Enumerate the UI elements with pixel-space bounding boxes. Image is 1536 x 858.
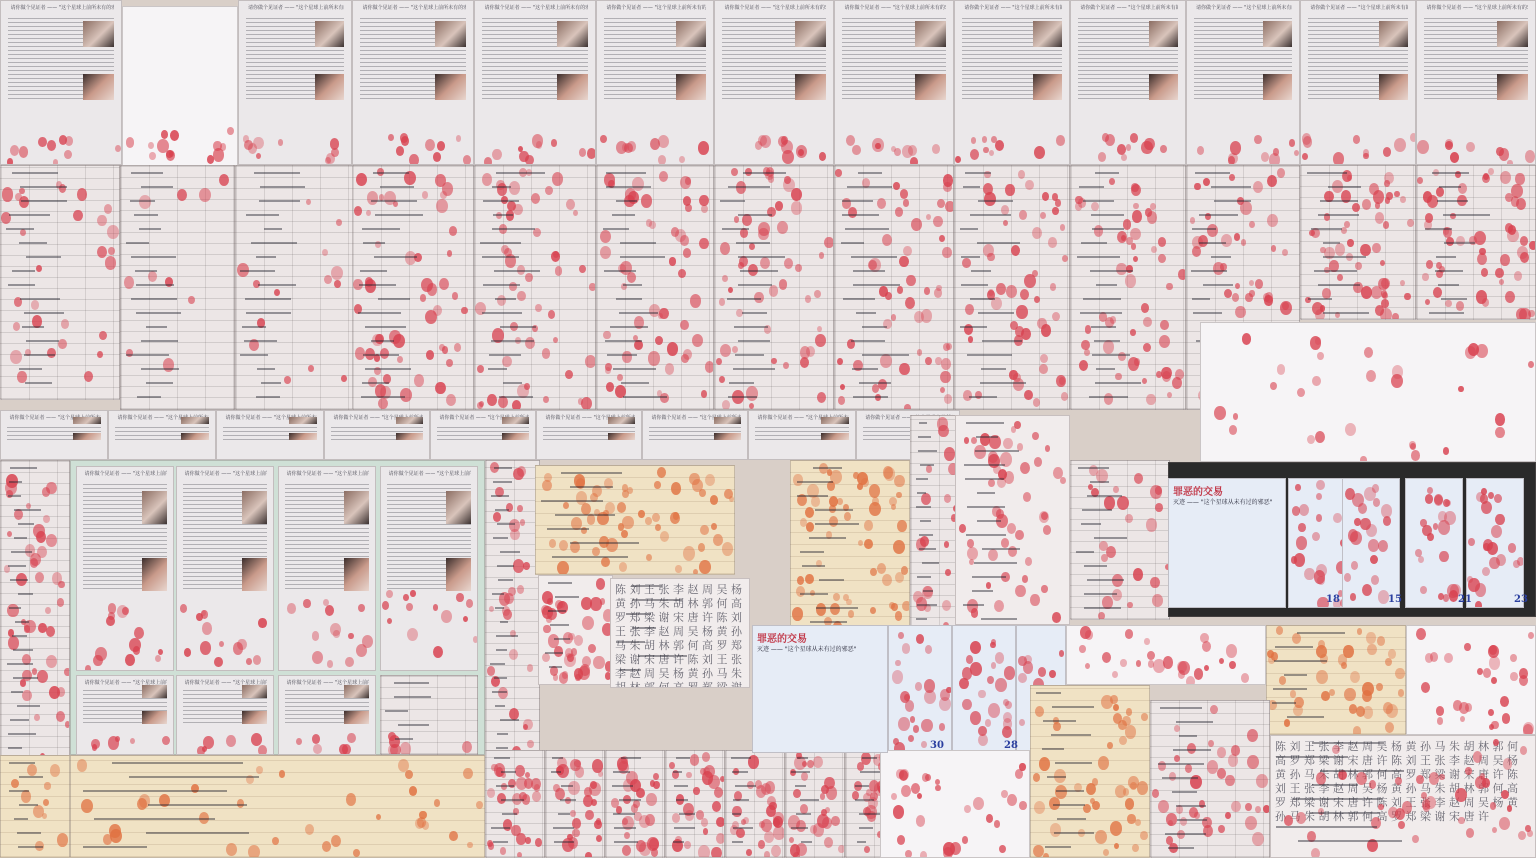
fingerprint — [1109, 178, 1115, 185]
article-photo — [181, 433, 209, 441]
handwriting-stroke — [496, 785, 513, 787]
fingerprint — [354, 206, 362, 216]
fingerprint — [1404, 293, 1410, 301]
handwriting-stroke — [1095, 172, 1120, 174]
handwriting-stroke — [852, 368, 878, 370]
fingerprint — [498, 687, 508, 700]
handwriting-stroke — [495, 298, 517, 300]
handwriting-stroke — [1323, 242, 1341, 244]
handwriting-stroke — [503, 382, 522, 384]
fingerprint — [559, 601, 565, 608]
handwriting-stroke — [492, 593, 504, 595]
fingerprint — [959, 524, 967, 533]
fingerprint — [287, 603, 296, 614]
fingerprint — [1320, 247, 1325, 253]
fingerprint — [933, 216, 942, 227]
handwriting-stroke — [1094, 340, 1120, 342]
fingerprint — [827, 469, 832, 475]
fingerprint — [988, 703, 1000, 717]
article-header: 请你做个见证者 —— "这个星球上前所未有的邪恶" — [1196, 4, 1292, 11]
fingerprint — [910, 716, 915, 723]
fingerprint — [1495, 268, 1504, 279]
fingerprint — [551, 139, 557, 147]
handwriting-stroke — [614, 841, 637, 843]
fingerprint — [1113, 704, 1119, 711]
fingerprint — [1255, 279, 1263, 289]
article-photo — [1497, 74, 1528, 100]
fingerprint — [253, 655, 261, 665]
fingerprint — [1101, 695, 1113, 709]
handwriting-stroke — [620, 669, 641, 671]
fingerprint — [1061, 392, 1069, 401]
handwriting-stroke — [20, 298, 59, 300]
handwriting-stroke — [1203, 284, 1233, 286]
fingerprint — [1481, 268, 1488, 276]
fingerprint — [1502, 713, 1511, 723]
fingerprint — [1098, 612, 1105, 620]
handwriting-stroke — [728, 186, 770, 188]
fingerprint — [356, 173, 367, 186]
handwriting-stroke — [1211, 256, 1231, 258]
handwriting-stroke — [815, 523, 859, 525]
fingerprint — [838, 845, 845, 853]
fingerprint — [921, 493, 931, 505]
fingerprint — [1224, 289, 1232, 299]
fingerprint — [891, 504, 896, 510]
hand-sheet: 陈 刘 王 张 李 赵 周 吴 杨 黄 孙 马 朱 胡 林 郭 何 高 罗 郑 … — [610, 578, 750, 688]
fingerprint — [565, 370, 573, 380]
handwriting-stroke — [732, 813, 741, 815]
fingerprint — [1517, 557, 1524, 566]
fingerprint — [864, 539, 873, 549]
handwriting-stroke — [83, 846, 148, 848]
fingerprint — [1015, 530, 1023, 540]
fingerprint — [108, 736, 120, 750]
fingerprint — [795, 264, 802, 272]
handwriting-stroke — [496, 172, 544, 174]
fingerprint — [1282, 249, 1288, 256]
handwriting-stroke — [493, 841, 508, 843]
fingerprint — [916, 815, 926, 827]
fingerprint — [659, 171, 668, 182]
article-sheet: 请你做个见证者 —— "这个星球上前所未有的邪恶" — [430, 410, 536, 460]
fingerprint — [652, 513, 660, 522]
fingerprint — [764, 831, 774, 843]
fingerprint — [996, 283, 1006, 295]
fingerprint — [749, 403, 754, 409]
white-sheet — [122, 6, 238, 166]
fingerprint — [622, 845, 631, 856]
fingerprint — [692, 334, 703, 347]
fingerprint — [683, 248, 691, 258]
article-header: 请你做个见证者 —— "这个星球上前所未有的邪恶" — [185, 470, 268, 477]
handwriting-stroke — [1214, 200, 1251, 202]
fingerprint — [26, 503, 31, 509]
fingerprint — [621, 530, 628, 538]
fingerprint — [959, 678, 968, 689]
fingerprint — [256, 153, 261, 159]
handwriting-stroke — [791, 771, 811, 773]
fingerprint — [1518, 831, 1526, 840]
handwriting-stroke — [501, 799, 524, 801]
fingerprint — [1234, 233, 1240, 240]
fingerprint — [1433, 287, 1442, 298]
fingerprint — [1245, 816, 1257, 830]
handwriting-stroke — [922, 562, 939, 564]
fingerprint — [520, 519, 525, 525]
fingerprint — [1381, 299, 1388, 308]
handwriting-stroke — [14, 509, 41, 511]
fingerprint — [945, 569, 951, 576]
fingerprint — [226, 735, 236, 747]
handwriting-stroke — [638, 655, 687, 657]
fingerprint — [653, 773, 659, 781]
fingerprint — [991, 136, 997, 143]
fingerprint — [1025, 180, 1034, 191]
fingerprint — [575, 766, 585, 778]
fingerprint — [728, 287, 733, 294]
handwriting-stroke — [1173, 749, 1211, 751]
fingerprint — [64, 150, 72, 160]
fingerprint — [32, 668, 38, 675]
fingerprint — [1226, 644, 1237, 657]
handwriting-stroke — [24, 354, 55, 356]
handwriting-stroke — [264, 228, 282, 230]
fingerprint — [1123, 219, 1131, 229]
fingerprint — [515, 765, 525, 777]
fingerprint — [893, 182, 900, 191]
fingerprint — [1516, 308, 1527, 320]
fingerprint — [219, 641, 224, 647]
fingerprint — [420, 294, 426, 301]
fingerprint — [433, 604, 439, 611]
fingerprint — [840, 384, 845, 390]
fingerprint — [1525, 150, 1536, 163]
fingerprint — [657, 467, 666, 478]
article-photo — [1263, 21, 1292, 47]
handwriting-stroke — [1177, 819, 1207, 821]
fingerprint — [724, 489, 733, 500]
fingerprint — [848, 207, 857, 218]
fingerprint — [1489, 724, 1494, 730]
handwriting-stroke — [146, 326, 167, 328]
fingerprint — [1312, 532, 1320, 541]
fingerprint — [1395, 668, 1405, 680]
handwriting-stroke — [491, 340, 534, 342]
fingerprint — [978, 690, 985, 699]
handwriting-stroke — [259, 200, 300, 202]
article-photo — [557, 74, 588, 100]
fingerprint — [1041, 324, 1052, 337]
handwriting-stroke — [482, 312, 521, 314]
fingerprint — [324, 275, 332, 284]
fingerprint — [913, 725, 920, 733]
fingerprint — [895, 207, 903, 217]
handwriting-stroke — [800, 593, 828, 595]
fingerprint — [713, 534, 723, 546]
handwriting-stroke — [920, 464, 934, 466]
yellow-sheet — [535, 465, 735, 575]
fingerprint — [793, 789, 801, 799]
fingerprint — [1125, 274, 1136, 288]
article-photo — [344, 491, 369, 523]
yellow-sheet — [70, 755, 485, 858]
fingerprint — [542, 591, 553, 604]
fingerprint — [641, 194, 652, 207]
handwriting-stroke — [9, 790, 29, 792]
fingerprint — [1153, 659, 1164, 673]
fingerprint — [1256, 774, 1267, 788]
fingerprint — [716, 817, 725, 827]
fingerprint — [1210, 705, 1218, 715]
fingerprint — [585, 810, 594, 821]
handwriting-stroke — [970, 298, 995, 300]
fingerprint — [213, 148, 224, 162]
fingerprint — [1249, 290, 1254, 296]
fingerprint — [155, 655, 161, 662]
fingerprint — [1316, 493, 1322, 500]
fingerprint — [1178, 269, 1186, 279]
fingerprint — [1311, 848, 1320, 858]
fingerprint — [734, 216, 740, 223]
handwriting-stroke — [360, 270, 387, 272]
fingerprint — [831, 816, 840, 826]
fingerprint — [1347, 239, 1353, 247]
handwriting-stroke — [606, 186, 650, 188]
handwriting-stroke — [1176, 721, 1213, 723]
handwriting-stroke — [245, 298, 292, 300]
white-sheet — [1066, 625, 1266, 685]
handwriting-stroke — [19, 242, 47, 244]
handwriting-stroke — [492, 691, 507, 693]
fingerprint — [746, 849, 752, 856]
fingerprint — [1245, 803, 1252, 811]
fingerprint — [680, 320, 689, 330]
blue-sheet — [1342, 478, 1400, 608]
fingerprint — [226, 843, 237, 856]
fingerprint — [110, 829, 122, 843]
fingerprint — [1353, 135, 1360, 143]
fingerprint — [978, 726, 986, 736]
fingerprint — [446, 359, 453, 367]
fingerprint — [1021, 328, 1031, 340]
handwriting-stroke — [493, 214, 512, 216]
fingerprint — [1033, 773, 1040, 782]
fingerprint — [1174, 725, 1180, 732]
fingerprint — [1367, 644, 1377, 656]
handwriting-stroke — [1168, 847, 1194, 849]
fingerprint — [308, 365, 314, 372]
fingerprint — [452, 292, 458, 300]
fingerprint — [517, 852, 522, 858]
handwriting-stroke — [494, 270, 540, 272]
handwriting-stroke — [11, 551, 32, 553]
handwriting-stroke — [961, 256, 980, 258]
handwriting-stroke — [810, 621, 847, 623]
fingerprint — [258, 618, 266, 628]
handwriting-stroke — [256, 396, 280, 398]
fingerprint — [1144, 638, 1149, 644]
fingerprint — [1375, 212, 1385, 223]
fingerprint — [1062, 255, 1068, 262]
handwriting-stroke — [859, 827, 872, 829]
fingerprint — [1473, 751, 1483, 763]
fingerprint — [531, 193, 540, 204]
handwriting-stroke — [1425, 228, 1452, 230]
article-header: 请你做个见证者 —— "这个星球上前所未有的邪恶" — [85, 470, 168, 477]
article-photo — [73, 433, 101, 441]
fingerprint — [1407, 219, 1414, 228]
handwriting-stroke — [720, 200, 744, 202]
handwriting-stroke — [623, 284, 642, 286]
fingerprint — [1520, 746, 1528, 755]
fingerprint — [680, 235, 689, 245]
fingerprint — [897, 520, 907, 531]
fingerprint — [761, 819, 771, 831]
fingerprint — [1464, 643, 1471, 651]
handwriting-stroke — [8, 565, 27, 567]
fingerprint — [1032, 432, 1039, 440]
fingerprint — [1217, 768, 1226, 779]
handwriting-stroke — [378, 298, 409, 300]
fingerprint — [1030, 594, 1039, 605]
fingerprint — [600, 230, 611, 243]
fingerprint — [296, 738, 302, 745]
fingerprint — [409, 786, 417, 796]
fingerprint — [813, 823, 824, 836]
fingerprint — [1130, 228, 1140, 240]
fingerprint — [1034, 801, 1045, 814]
fingerprint — [988, 549, 998, 561]
handwriting-stroke — [1047, 776, 1065, 778]
yellow-sheet — [790, 460, 910, 630]
article-sheet: 请你做个见证者 —— "这个星球上前所未有的邪恶" — [596, 0, 714, 165]
fingerprint — [1481, 501, 1492, 514]
fingerprint — [449, 831, 458, 842]
fingerprint — [1085, 663, 1090, 670]
handwriting-stroke — [845, 228, 889, 230]
fingerprint — [417, 817, 426, 828]
handwriting-stroke — [731, 757, 751, 759]
handwriting-stroke — [797, 757, 808, 759]
fingerprint — [627, 141, 636, 152]
fingerprint — [1039, 364, 1047, 374]
fingerprint — [166, 150, 173, 158]
fingerprint — [1085, 630, 1094, 640]
fingerprint — [1277, 364, 1286, 375]
article-header: 请你做个见证者 —— "这个星球上前所未有的邪恶" — [606, 4, 706, 11]
handwriting-stroke — [1045, 846, 1072, 848]
handwriting-stroke — [740, 270, 778, 272]
handwriting-stroke — [857, 841, 866, 843]
fingerprint — [170, 130, 179, 141]
fingerprint — [57, 598, 64, 606]
handwriting-stroke — [1057, 818, 1087, 820]
fingerprint — [1412, 835, 1419, 843]
handwriting-stroke — [1284, 674, 1307, 676]
fingerprint — [771, 845, 782, 858]
fingerprint — [568, 781, 580, 795]
fingerprint — [341, 375, 347, 382]
fingerprint — [712, 801, 721, 812]
fingerprint — [312, 631, 320, 640]
fingerprint — [1158, 800, 1169, 813]
handwriting-stroke — [722, 228, 749, 230]
handwriting-stroke — [816, 607, 857, 609]
fingerprint — [1005, 184, 1014, 195]
handwriting-stroke — [363, 242, 385, 244]
fingerprint — [1186, 676, 1195, 685]
fingerprint — [303, 599, 310, 608]
fingerprint — [1159, 335, 1170, 348]
fingerprint — [331, 266, 343, 280]
fingerprint — [1125, 798, 1135, 810]
fingerprint — [1495, 413, 1506, 426]
fingerprint — [833, 593, 840, 601]
fingerprint — [312, 651, 323, 664]
handwriting-stroke — [131, 298, 177, 300]
handwriting-stroke — [859, 382, 891, 384]
fingerprint — [913, 591, 923, 603]
handwriting-stroke — [136, 312, 181, 314]
fingerprint — [542, 348, 551, 358]
fingerprint — [38, 137, 47, 148]
fingerprint — [97, 246, 107, 258]
handwriting-stroke — [919, 422, 927, 424]
fingerprint — [1128, 357, 1139, 370]
fingerprint — [1034, 457, 1042, 467]
fingerprint — [1292, 506, 1301, 516]
fingerprint — [1369, 780, 1376, 789]
fingerprint — [921, 741, 927, 748]
handwriting-stroke — [570, 486, 613, 488]
article-sheet: 请你做个见证者 —— "这个星球上前所未有的邪恶" — [216, 410, 324, 460]
fingerprint — [1519, 668, 1528, 678]
handwriting-stroke — [619, 799, 641, 801]
fingerprint — [658, 155, 666, 165]
fingerprint — [678, 269, 686, 278]
fingerprint — [645, 814, 655, 826]
handwriting-stroke — [616, 641, 645, 643]
handwriting-stroke — [1176, 805, 1206, 807]
handwriting-stroke — [981, 618, 1017, 620]
handwriting-stroke — [797, 481, 833, 483]
fingerprint — [517, 291, 526, 301]
handwriting-stroke — [1043, 720, 1075, 722]
fingerprint — [1351, 561, 1358, 570]
fingerprint — [1134, 473, 1143, 484]
fingerprint — [1034, 296, 1040, 303]
handwriting-stroke — [1076, 551, 1095, 553]
fingerprint — [422, 191, 428, 198]
fingerprint — [600, 246, 611, 260]
fingerprint — [534, 784, 541, 792]
handwriting-stroke — [856, 312, 876, 314]
handwriting-stroke — [496, 747, 508, 749]
handwriting-stroke — [972, 590, 993, 592]
handwriting-stroke — [9, 481, 22, 483]
fingerprint — [741, 819, 746, 825]
fingerprint — [579, 265, 586, 273]
fingerprint — [1312, 376, 1321, 387]
fingerprint — [1115, 373, 1121, 380]
handwriting-stroke — [623, 396, 667, 398]
fingerprint — [857, 483, 863, 490]
fingerprint — [1155, 503, 1162, 512]
fingerprint — [1166, 836, 1173, 845]
fingerprint — [1380, 260, 1385, 266]
handwriting-stroke — [7, 663, 33, 665]
